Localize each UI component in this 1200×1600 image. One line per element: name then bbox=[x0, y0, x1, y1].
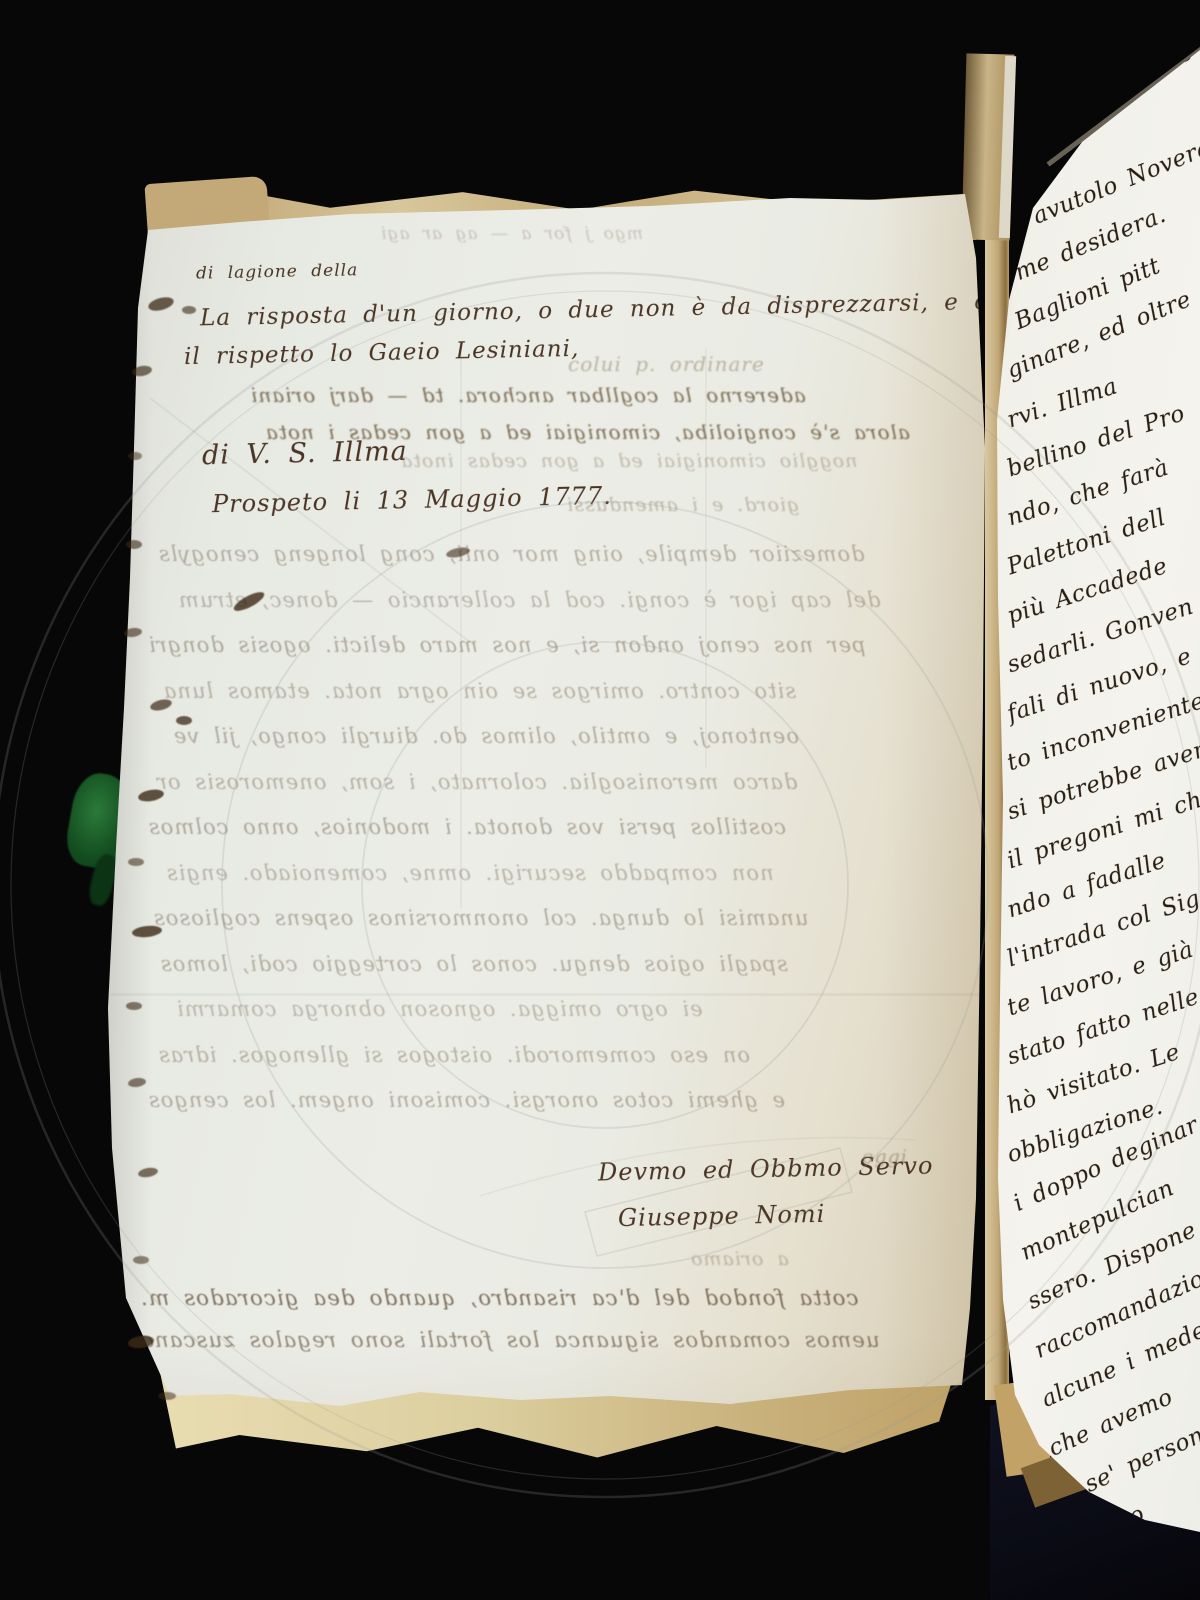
showthrough-line: domeziior dempile, oing mor onii, cong l… bbox=[158, 532, 972, 578]
salutation-faint-tail: nogglio cimonigiai ed a gon cedas inota bbox=[400, 450, 857, 472]
right-page-line: Illmo Sigr bbox=[1071, 24, 1200, 114]
showthrough-line: del cap igor è congi. cod la collerancio… bbox=[178, 578, 972, 624]
date-line-faint-tail: giord. e i amendussi bbox=[566, 494, 799, 516]
showthrough-line: sito contro. omirgos se oin ogra nota. e… bbox=[163, 669, 972, 715]
ink-blot bbox=[126, 1002, 142, 1010]
showthrough-line: e ghemi cotos onorgsi. comisoni ongem. l… bbox=[148, 1078, 972, 1124]
showthrough-line: costillos persi vos donota. i modonios, … bbox=[148, 805, 972, 851]
showthrough-line: adererno la cogllbar anchora. td — darj … bbox=[250, 383, 806, 407]
ink-blot bbox=[182, 306, 196, 314]
ink-blot bbox=[126, 540, 142, 549]
showthrough-scribble: mgo j for a — ag ar agi bbox=[380, 224, 643, 244]
ink-blot bbox=[128, 858, 144, 866]
showthrough-dark-block: cotta fondod del d'ca risandro, quando d… bbox=[140, 1278, 974, 1362]
signature-line: Giuseppe Nomi bbox=[618, 1200, 826, 1232]
ink-blot bbox=[158, 1392, 176, 1400]
manuscript-photo: mgo j for a — ag ar agi di lagione della… bbox=[0, 0, 1200, 1600]
ink-blot bbox=[128, 452, 142, 460]
body-line-2-faint-tail: colui p. ordinare bbox=[568, 352, 765, 376]
showthrough-dark-line: uemos comandos siguanca los fortali sono… bbox=[140, 1320, 974, 1362]
closing-aside-faint: oggi bbox=[862, 1146, 908, 1168]
showthrough-line: on eso comemorodi. oistogos si gllenogos… bbox=[158, 1033, 972, 1079]
left-manuscript-page: mgo j for a — ag ar agi di lagione della… bbox=[90, 148, 990, 1468]
body-line-1: La risposta d'un giorno, o due non è da … bbox=[200, 287, 1096, 332]
right-page-line: i avutolo Novera bbox=[1011, 135, 1200, 237]
showthrough-line: spagli ogios dengu. conos lo corteggio c… bbox=[160, 942, 972, 988]
showthrough-block: domeziior dempile, oing mor onii, cong l… bbox=[148, 532, 972, 1124]
showthrough-line: unamisi lo dunga. col ononmorsinos ospen… bbox=[153, 896, 972, 942]
salutation-line: di V. S. Illma bbox=[202, 436, 408, 471]
heading-line: di lagione della bbox=[196, 260, 359, 283]
right-manuscript-page: Illmo Sigri avutolo Noverame desidera.Ba… bbox=[985, 38, 1200, 1600]
showthrough-line: ei ogro omigga. ognoson obnorga comarmi bbox=[176, 987, 972, 1033]
date-line: Prospeto li 13 Maggio 1777. bbox=[212, 482, 612, 518]
showthrough-line: oentonoj, e omtilo, olimos do. diurgli c… bbox=[173, 714, 972, 760]
showthrough-dark-line: cotta fondod del d'ca risandro, quando d… bbox=[140, 1278, 974, 1320]
ink-blot bbox=[133, 1256, 149, 1264]
showthrough-line: darco meronisoglia. colornato, i som, on… bbox=[156, 760, 972, 806]
ink-blot bbox=[176, 716, 192, 725]
body-line-2: il rispetto lo Gaeio Lesiniani, bbox=[184, 336, 580, 370]
showthrough-fragment: a oriamo bbox=[690, 1248, 789, 1270]
showthrough-line: per nos cenoj ondon si, e nos maro delic… bbox=[148, 623, 972, 669]
showthrough-line: non compaddo securigi. omne, comenoiado.… bbox=[166, 851, 972, 897]
